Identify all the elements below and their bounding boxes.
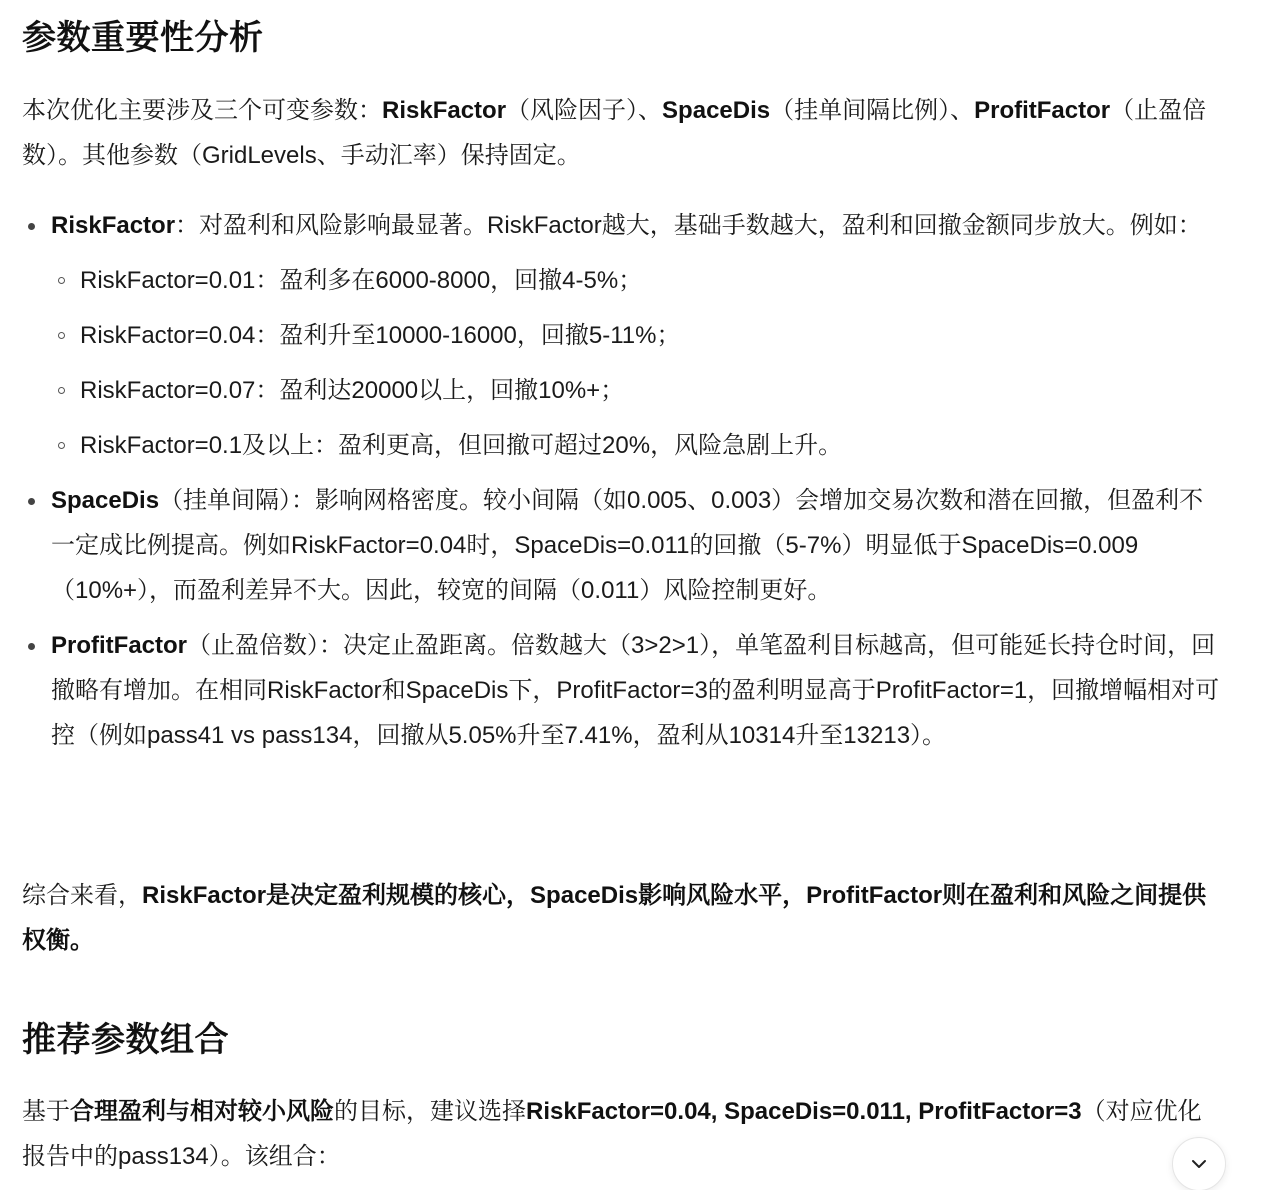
list-item-text: （挂单间隔）：影响网格密度。较小间隔（如0.005、0.003）会增加交易次数和… xyxy=(51,487,1203,604)
riskfactor-examples: RiskFactor=0.01：盈利多在6000-8000，回撤4-5%； Ri… xyxy=(51,258,1222,468)
intro-text: （风险因子）、 xyxy=(506,97,662,124)
list-item-label: ProfitFactor xyxy=(51,632,187,659)
list-item-label: RiskFactor xyxy=(51,212,175,239)
summary-paragraph: 综合来看，RiskFactor是决定盈利规模的核心，SpaceDis影响风险水平… xyxy=(22,873,1222,963)
list-item-profitfactor: ProfitFactor（止盈倍数）：决定止盈距离。倍数越大（3>2>1），单笔… xyxy=(22,623,1222,758)
recommend-text: 基于 xyxy=(22,1098,70,1125)
summary-emphasis: 影响风险水平 xyxy=(638,882,782,909)
param-profitfactor: ProfitFactor xyxy=(974,97,1110,124)
list-item-riskfactor: RiskFactor：对盈利和风险影响最显著。RiskFactor越大，基础手数… xyxy=(22,203,1222,468)
summary-text: ， xyxy=(506,882,530,909)
intro-paragraph: 本次优化主要涉及三个可变参数：RiskFactor（风险因子）、SpaceDis… xyxy=(22,88,1222,178)
list-item-spacedis: SpaceDis（挂单间隔）：影响网格密度。较小间隔（如0.005、0.003）… xyxy=(22,478,1222,613)
recommended-combination: RiskFactor=0.04, SpaceDis=0.011, ProfitF… xyxy=(526,1098,1082,1125)
intro-text: （挂单间隔比例）、 xyxy=(770,97,974,124)
section-heading-parameter-importance: 参数重要性分析 xyxy=(22,16,264,60)
param-spacedis: SpaceDis xyxy=(662,97,770,124)
list-item-text: ：对盈利和风险影响最显著。RiskFactor越大，基础手数越大，盈利和回撤金额… xyxy=(175,212,1202,239)
section-heading-recommended-params: 推荐参数组合 xyxy=(22,1018,229,1062)
intro-text: 本次优化主要涉及三个可变参数： xyxy=(22,97,382,124)
scroll-to-bottom-button[interactable] xyxy=(1172,1137,1226,1190)
list-item-label: SpaceDis xyxy=(51,487,159,514)
sub-list-item: RiskFactor=0.1及以上：盈利更高，但回撤可超过20%，风险急剧上升。 xyxy=(51,423,1222,468)
recommend-emphasis: 合理盈利与相对较小风险 xyxy=(70,1098,334,1125)
summary-text: ProfitFactor xyxy=(806,882,942,909)
recommend-text: 的目标，建议选择 xyxy=(334,1098,526,1125)
param-riskfactor: RiskFactor xyxy=(382,97,506,124)
sub-list-item: RiskFactor=0.04：盈利升至10000-16000，回撤5-11%； xyxy=(51,313,1222,358)
sub-list-item: RiskFactor=0.07：盈利达20000以上，回撤10%+； xyxy=(51,368,1222,413)
parameter-list: RiskFactor：对盈利和风险影响最显著。RiskFactor越大，基础手数… xyxy=(22,203,1222,768)
summary-text: RiskFactor xyxy=(142,882,266,909)
summary-emphasis: 是决定盈利规模的核心 xyxy=(266,882,506,909)
list-item-text: （止盈倍数）：决定止盈距离。倍数越大（3>2>1），单笔盈利目标越高，但可能延长… xyxy=(51,632,1219,749)
summary-text: SpaceDis xyxy=(530,882,638,909)
sub-list-item: RiskFactor=0.01：盈利多在6000-8000，回撤4-5%； xyxy=(51,258,1222,303)
summary-text: 综合来看， xyxy=(22,882,142,909)
chevron-down-icon xyxy=(1191,1159,1207,1169)
recommendation-paragraph: 基于合理盈利与相对较小风险的目标，建议选择RiskFactor=0.04, Sp… xyxy=(22,1089,1222,1179)
summary-text: ， xyxy=(782,882,806,909)
